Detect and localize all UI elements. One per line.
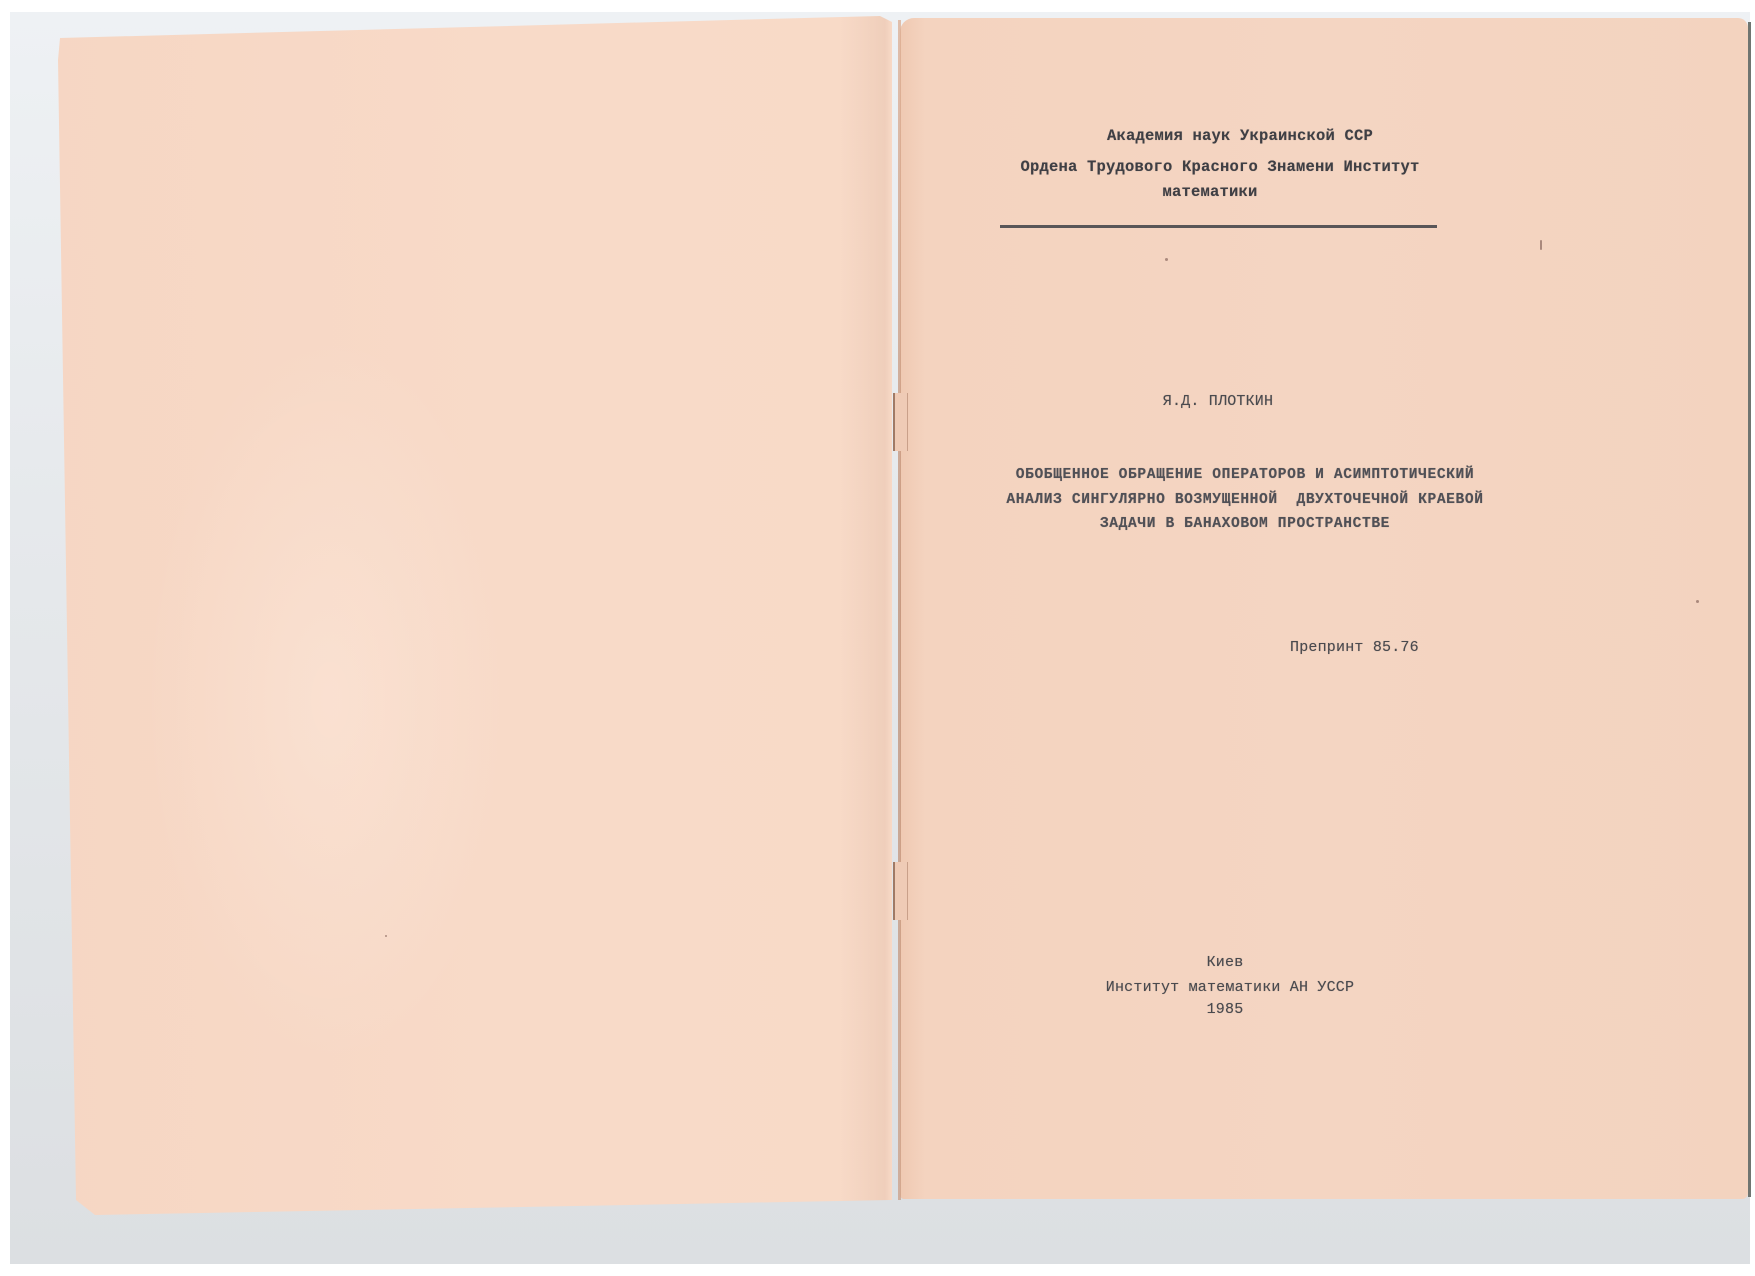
- booklet-spine: [898, 20, 901, 1200]
- paper-mark: [1540, 240, 1542, 250]
- header-rule: [1000, 225, 1437, 228]
- paper-speck: [1165, 258, 1168, 261]
- author-name: Я.Д. ПЛОТКИН: [1118, 393, 1318, 410]
- title-line-2: АНАЛИЗ СИНГУЛЯРНО ВОЗМУЩЕННОЙ ДВУХТОЧЕЧН…: [1000, 492, 1490, 508]
- imprint-city: Киев: [1100, 954, 1350, 971]
- staple-top: [893, 393, 908, 451]
- staple-bottom: [893, 862, 908, 920]
- preprint-number: Препринт 85.76: [1290, 639, 1440, 656]
- title-line-3: ЗАДАЧИ В БАНАХОВОМ ПРОСТРАНСТВЕ: [1000, 516, 1490, 532]
- paper-speck: [385, 935, 387, 937]
- imprint-year: 1985: [1100, 1001, 1350, 1018]
- imprint-publisher: Институт математики АН УССР: [1080, 979, 1380, 996]
- header-academy: Академия наук Украинской ССР: [1040, 127, 1440, 145]
- title-line-1: ОБОБЩЕННОЕ ОБРАЩЕНИЕ ОПЕРАТОРОВ И АСИМПТ…: [1000, 467, 1490, 483]
- header-mathematics: математики: [1060, 183, 1360, 201]
- paper-speck: [1696, 600, 1699, 603]
- right-page-edge: [1748, 22, 1751, 1197]
- header-order-institute: Ордена Трудового Красного Знамени Инстит…: [1000, 158, 1440, 176]
